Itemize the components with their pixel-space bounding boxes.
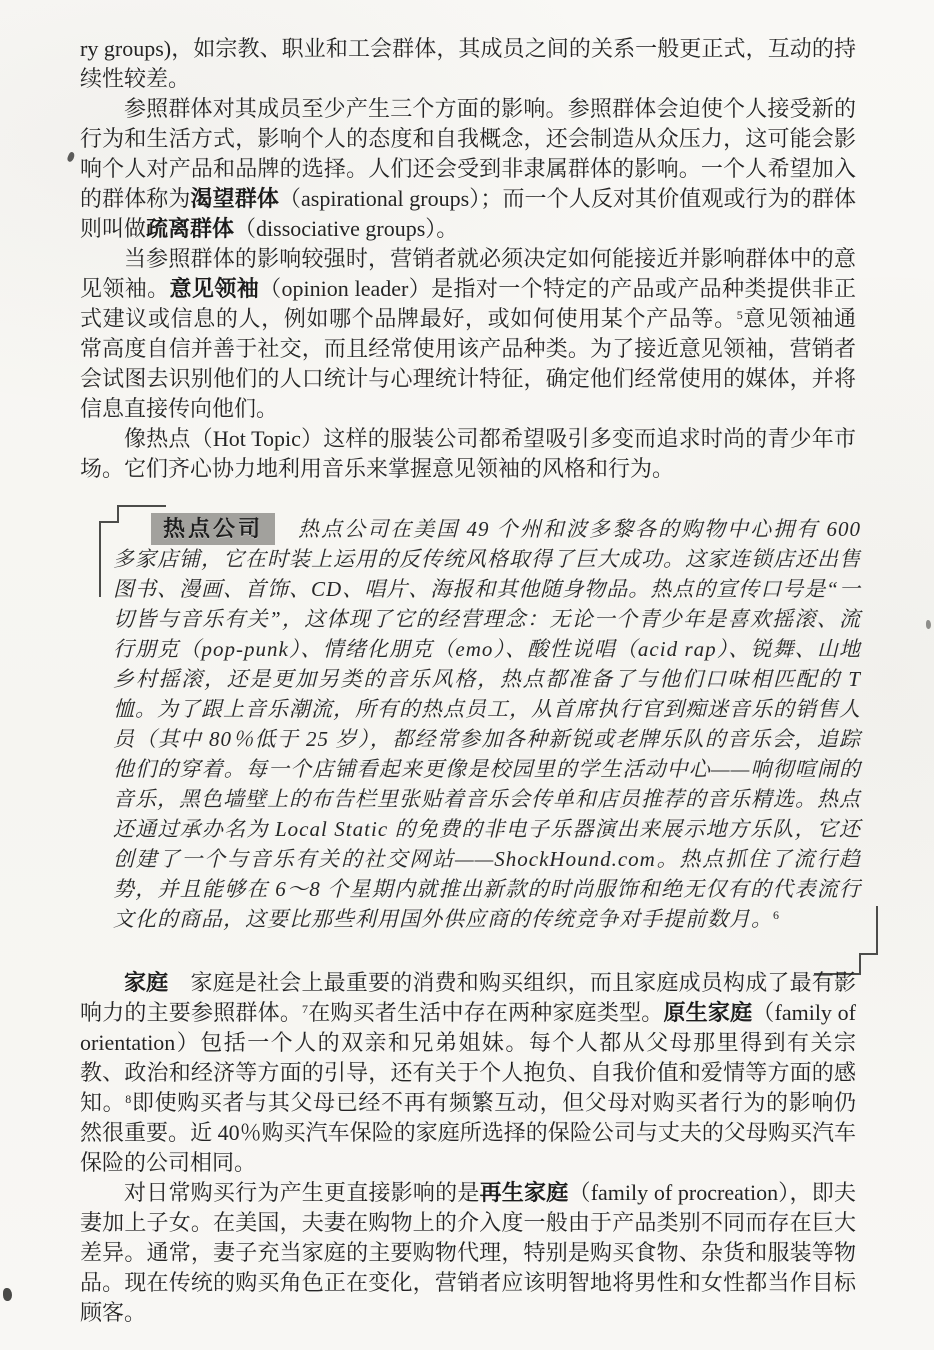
- case-box-paragraph: 热点公司热点公司在美国 49 个州和波多黎各的购物中心拥有 600 多家店铺，它…: [113, 514, 861, 934]
- paragraph-reference-group-influence: 参照群体对其成员至少产生三个方面的影响。参照群体会迫使个人接受新的行为和生活方式…: [80, 94, 856, 244]
- case-box-hot-topic: 热点公司热点公司在美国 49 个州和波多黎各的购物中心拥有 600 多家店铺，它…: [113, 514, 861, 934]
- case-box-label: 热点公司: [151, 513, 275, 545]
- footnote-ref-6: 6: [773, 908, 780, 922]
- paragraph-secondary-groups: ry groups)，如宗教、职业和工会群体，其成员之间的关系一般更正式，互动的…: [80, 34, 856, 94]
- scan-speck: [66, 151, 76, 163]
- scan-speck: [3, 1288, 12, 1301]
- body-text: （dissociative groups）。: [234, 216, 458, 241]
- body-text: ry groups)，如宗教、职业和工会群体，其成员之间的关系一般更正式，互动的…: [80, 36, 856, 91]
- text-column: ry groups)，如宗教、职业和工会群体，其成员之间的关系一般更正式，互动的…: [80, 34, 856, 1328]
- scan-speck: [926, 620, 931, 629]
- bracket-line: [859, 953, 878, 955]
- body-text: 像热点（Hot Topic）这样的服装公司都希望吸引多变而追求时尚的青少年市场。…: [80, 426, 856, 481]
- bracket-line: [859, 953, 861, 975]
- paragraph-opinion-leader: 当参照群体的影响较强时，营销者就必须决定如何能接近并影响群体中的意见领袖。意见领…: [80, 244, 856, 424]
- bold-term-family-of-orientation: 原生家庭: [663, 1000, 752, 1025]
- bold-term-dissociative-groups: 疏离群体: [146, 216, 234, 241]
- bold-term-family: 家庭: [124, 970, 168, 995]
- bracket-line: [876, 906, 878, 955]
- paragraph-family-of-procreation: 对日常购买行为产生更直接影响的是再生家庭（family of procreati…: [80, 1178, 856, 1328]
- bold-term-opinion-leader: 意见领袖: [170, 276, 260, 301]
- paragraph-hot-topic-intro: 像热点（Hot Topic）这样的服装公司都希望吸引多变而追求时尚的青少年市场。…: [80, 424, 856, 484]
- scanned-book-page: ry groups)，如宗教、职业和工会群体，其成员之间的关系一般更正式，互动的…: [0, 0, 934, 1350]
- body-text: 即使购买者与其父母已经不再有频繁互动，但父母对购买者行为的影响仍然很重要。近 4…: [80, 1090, 856, 1175]
- body-text: 在购买者生活中存在两种家庭类型。: [308, 1000, 663, 1025]
- bold-term-aspirational-groups: 渴望群体: [191, 186, 279, 211]
- bold-term-family-of-procreation: 再生家庭: [480, 1180, 569, 1205]
- paragraph-family-of-orientation: 家庭 家庭是社会上最重要的消费和购买组织，而且家庭成员构成了最有影响力的主要参照…: [80, 968, 856, 1178]
- case-box-text: 热点公司在美国 49 个州和波多黎各的购物中心拥有 600 多家店铺，它在时装上…: [113, 517, 861, 931]
- body-text: 对日常购买行为产生更直接影响的是: [124, 1180, 480, 1205]
